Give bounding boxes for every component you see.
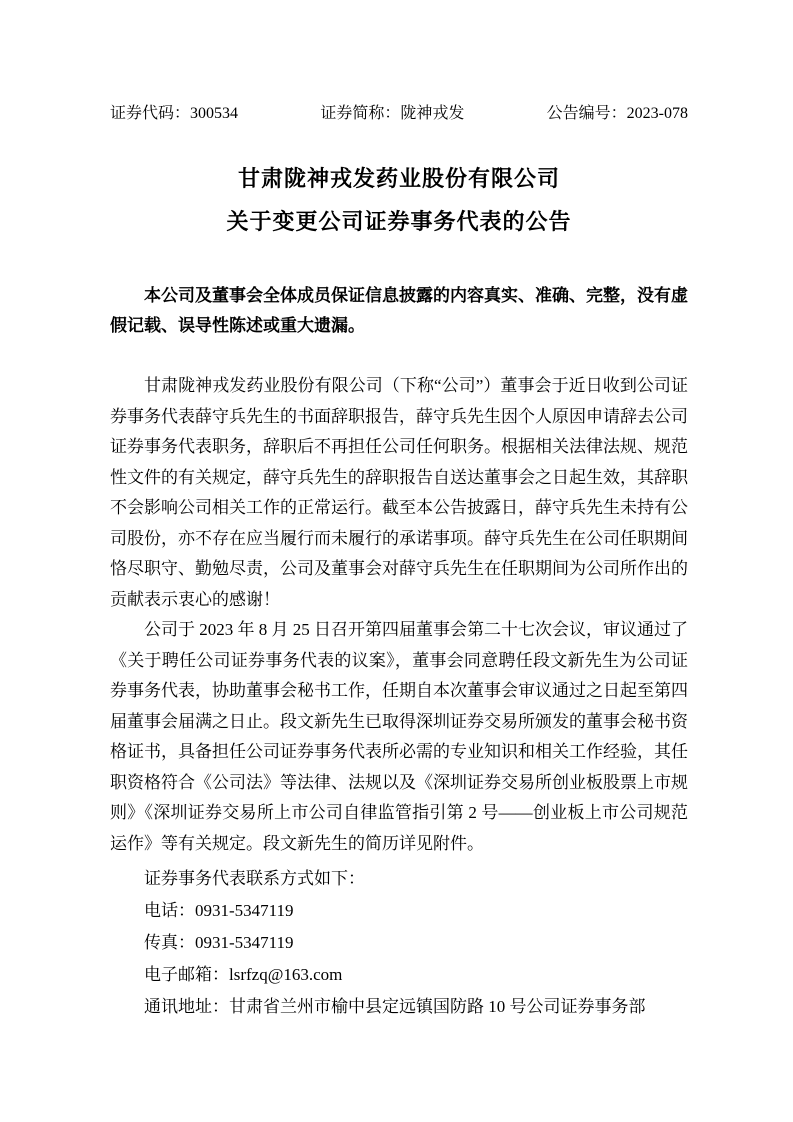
phone-value: 0931-5347119 <box>195 901 294 920</box>
stock-code-label: 证券代码： <box>110 105 190 122</box>
contact-address: 通讯地址：甘肃省兰州市榆中县定远镇国防路 10 号公司证券事务部 <box>110 991 688 1023</box>
disclaimer-statement: 本公司及董事会全体成员保证信息披露的内容真实、准确、完整，没有虚假记载、误导性陈… <box>110 281 688 341</box>
paragraph-resignation: 甘肃陇神戎发药业股份有限公司（下称“公司”）董事会于近日收到公司证券事务代表薛守… <box>110 371 688 615</box>
fax-value: 0931-5347119 <box>195 933 294 952</box>
securities-header-row: 证券代码：300534 证券简称：陇神戎发 公告编号：2023-078 <box>110 103 688 125</box>
address-value: 甘肃省兰州市榆中县定远镇国防路 10 号公司证券事务部 <box>229 997 646 1016</box>
title-block: 甘肃陇神戎发药业股份有限公司 关于变更公司证券事务代表的公告 <box>110 157 688 243</box>
announcement-title: 关于变更公司证券事务代表的公告 <box>110 200 688 243</box>
announcement-document-page: 证券代码：300534 证券简称：陇神戎发 公告编号：2023-078 甘肃陇神… <box>0 0 793 1122</box>
announcement-no-item: 公告编号：2023-078 <box>547 103 688 125</box>
announcement-no-value: 2023-078 <box>627 105 688 122</box>
address-label: 通讯地址： <box>144 997 229 1016</box>
phone-label: 电话： <box>144 901 195 920</box>
email-label: 电子邮箱： <box>144 965 229 984</box>
contact-phone: 电话：0931-5347119 <box>110 895 688 927</box>
stock-code-item: 证券代码：300534 <box>110 103 238 125</box>
contact-email: 电子邮箱：lsrfzq@163.com <box>110 959 688 991</box>
paragraph-appointment: 公司于 2023 年 8 月 25 日召开第四届董事会第二十七次会议，审议通过了… <box>110 615 688 859</box>
stock-abbr-value: 陇神戎发 <box>400 105 464 122</box>
contact-intro: 证券事务代表联系方式如下： <box>110 863 688 895</box>
stock-code-value: 300534 <box>190 105 238 122</box>
email-value: lsrfzq@163.com <box>229 965 342 984</box>
contact-fax: 传真：0931-5347119 <box>110 927 688 959</box>
announcement-no-label: 公告编号： <box>547 105 627 122</box>
stock-abbr-label: 证券简称： <box>320 105 400 122</box>
stock-abbr-item: 证券简称：陇神戎发 <box>320 103 464 125</box>
contact-section: 证券事务代表联系方式如下： 电话：0931-5347119 传真：0931-53… <box>110 863 688 1023</box>
company-name-title: 甘肃陇神戎发药业股份有限公司 <box>110 157 688 200</box>
fax-label: 传真： <box>144 933 195 952</box>
